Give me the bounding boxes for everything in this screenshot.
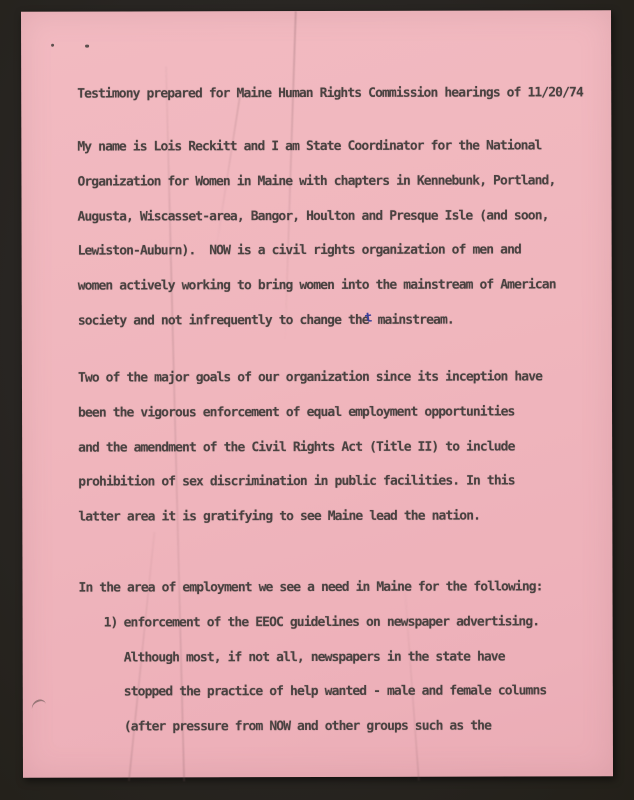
heading-line: Testimony prepared for Maine Human Right… (77, 76, 583, 112)
paper-speck (51, 44, 54, 47)
text-segment: mainstream. (371, 313, 454, 328)
text-line: latter area it is gratifying to see Main… (78, 500, 542, 536)
text-line: (after pressure from NOW and other group… (124, 710, 547, 746)
text-line: and the amendment of the Civil Rights Ac… (78, 430, 542, 466)
text-segment: enforcement of the EEOC guidelines on ne… (124, 614, 540, 630)
text-line: Although most, if not all, newspapers in… (124, 640, 547, 676)
paragraph-employment-needs: In the area of employment we see a need … (78, 570, 546, 745)
text-line: In the area of employment we see a need … (78, 570, 546, 606)
text-line: Organization for Women in Maine with cha… (77, 164, 555, 200)
pencil-mark (30, 698, 47, 710)
paper-speck (85, 45, 89, 48)
text-line-with-correction: society and not infrequently to change t… (78, 303, 556, 339)
text-segment: society and not infrequently to change t… (78, 313, 369, 329)
paragraph-introduction: My name is Lois Reckitt and I am State C… (77, 129, 555, 339)
text-line: Lewiston-Auburn). NOW is a civil rights … (78, 234, 556, 270)
text-line: stopped the practice of help wanted - ma… (124, 675, 547, 711)
text-line: prohibition of sex discrimination in pub… (78, 465, 542, 501)
text-line: Two of the major goals of our organizati… (78, 360, 542, 396)
scanned-photo-background: Testimony prepared for Maine Human Right… (0, 0, 634, 800)
document-page: Testimony prepared for Maine Human Right… (21, 10, 613, 778)
paragraph-goals: Two of the major goals of our organizati… (78, 360, 543, 535)
text-line: been the vigorous enforcement of equal e… (78, 395, 542, 431)
list-item-1-first-line: 1)enforcement of the EEOC guidelines on … (104, 605, 547, 641)
list-item-number: 1) (104, 606, 124, 641)
text-line: My name is Lois Reckitt and I am State C… (77, 129, 555, 165)
text-line: women actively working to bring women in… (78, 269, 556, 305)
text-line: Augusta, Wiscasset-area, Bangor, Houlton… (77, 199, 555, 235)
document-heading: Testimony prepared for Maine Human Right… (77, 76, 583, 112)
